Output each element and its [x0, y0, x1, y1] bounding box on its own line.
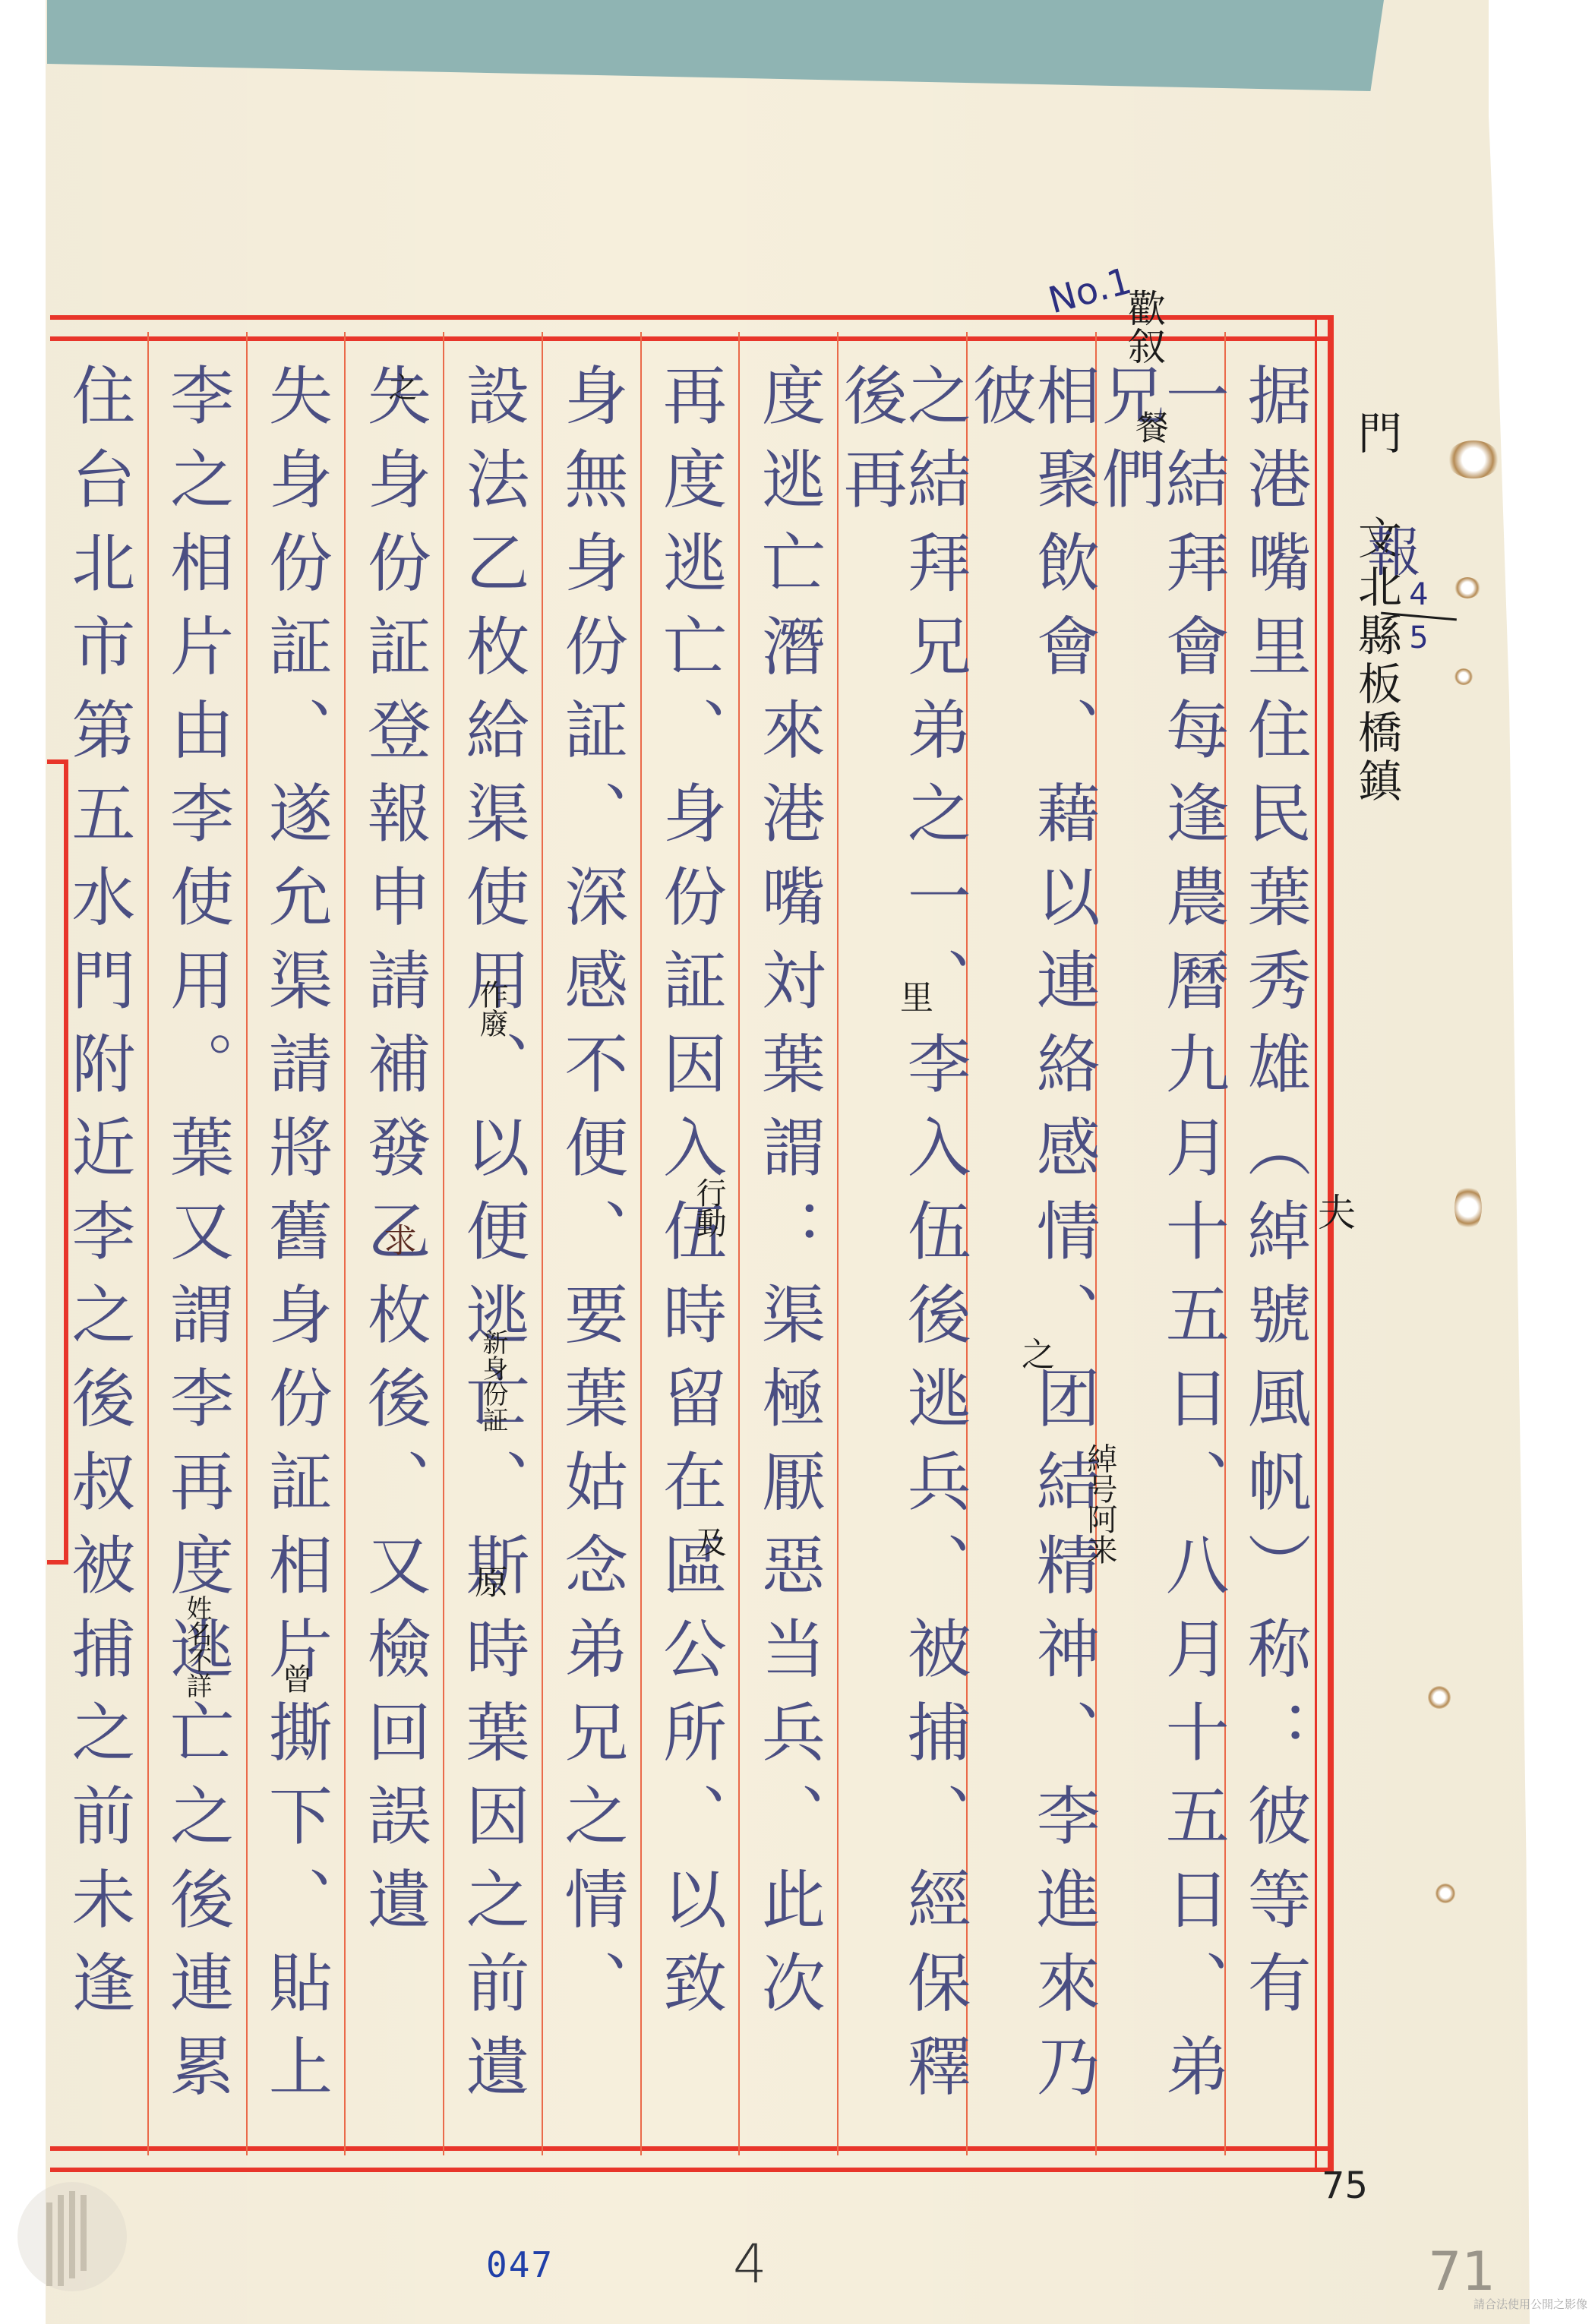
paper-damage [1454, 577, 1480, 598]
paper-damage [1454, 1185, 1482, 1230]
annotation-li: 里 [889, 980, 937, 1013]
paper-damage [1454, 668, 1473, 685]
text-column: 度逃亡潛來港嘴対葉謂：渠極厭惡当兵、此次 [738, 332, 837, 2155]
annotation-zhi: 之 [1010, 1337, 1059, 1370]
column-text: 身無身份証、深感不便、要葉姑念弟兄之情、 [560, 332, 624, 2155]
annotation-nickname: 綽号阿来 [1079, 1443, 1122, 1565]
annotation-name-unknown: 姓名不詳 [178, 1595, 216, 1698]
text-column: 相聚飲會、藉以連絡感情、团結精神、李進來乃彼 [966, 332, 1095, 2155]
page-number: 4 [733, 2233, 767, 2295]
column-text: 一結拜會每逢農曆九月十五日、八月十五日、弟兄們 [1097, 332, 1224, 2155]
margin-overwrite-character: 報 [1352, 524, 1429, 577]
annotation-ceng: 曾 [273, 1663, 317, 1694]
column-text: 再度逃亡、身份証因入伍時留在區公所、以致 [659, 332, 722, 2155]
text-column: 身無身份証、深感不便、要葉姑念弟兄之情、 [542, 332, 640, 2155]
text-columns: 据港嘴里住民葉秀雄（綽號風帆）称：彼等有 一結拜會每逢農曆九月十五日、八月十五日… [50, 332, 1323, 2155]
text-column: 失身份証、遂允渠請將舊身份証相片撕下、貼上 [246, 332, 345, 2155]
column-text: 設法乙枚給渠使用、以便逃亡、斯時葉因之前遺 [461, 332, 525, 2155]
text-column: 一結拜會每逢農曆九月十五日、八月十五日、弟兄們 [1095, 332, 1224, 2155]
margin-fraction: 4 5 [1381, 577, 1457, 655]
margin-number: 75 [1322, 2165, 1368, 2207]
paper-damage [1447, 440, 1500, 478]
fraction-numerator: 4 [1381, 577, 1457, 612]
annotation-huanxu: 歡叙 [1116, 289, 1171, 365]
text-column: 李之相片由李使用。葉又謂李再度逃亡之後連累 [147, 332, 246, 2155]
fraction-bar [1381, 612, 1457, 621]
column-text: 相聚飲會、藉以連絡感情、团結精神、李進來乃彼 [968, 332, 1095, 2155]
text-column: 住台北市第五水門附近李之後叔被捕之前未逢 [50, 332, 147, 2155]
annotation-qiu: 求 [372, 1223, 421, 1256]
usage-watermark: 請合法使用公開之影像 [1473, 2296, 1587, 2312]
manuscript-grid: 据港嘴里住民葉秀雄（綽號風帆）称：彼等有 一結拜會每逢農曆九月十五日、八月十五日… [50, 315, 1334, 2172]
annotation-ji: 及 [687, 1527, 731, 1557]
text-column: 据港嘴里住民葉秀雄（綽號風帆）称：彼等有 [1224, 332, 1323, 2155]
stamp-number: 047 [486, 2244, 554, 2285]
annotation-fu: 夫 [1306, 1192, 1361, 1230]
text-column: 之結拜兄弟之一、李入伍後逃兵、被捕、經保釋後再 [837, 332, 966, 2155]
column-text: 度逃亡潛來港嘴対葉謂：渠極厭惡当兵、此次 [756, 332, 820, 2155]
annotation-zhi-2: 之 [380, 372, 422, 401]
column-text: 住台北市第五水門附近李之後叔被捕之前未逢 [67, 332, 131, 2155]
annotation-yuan: 原 [463, 1565, 512, 1598]
column-text: 失身份証、遂允渠請將舊身份証相片撕下、貼上 [264, 332, 327, 2155]
column-text: 李之相片由李使用。葉又謂李再度逃亡之後連累 [166, 332, 229, 2155]
column-text: 之結拜兄弟之一、李入伍後逃兵、被捕、經保釋後再 [839, 332, 966, 2155]
paper-damage [1428, 1686, 1451, 1709]
text-column: 設法乙枚給渠使用、以便逃亡、斯時葉因之前遺 [443, 332, 542, 2155]
text-column: 再度逃亡、身份証因入伍時留在區公所、以致 [640, 332, 739, 2155]
annotation-zuofei: 作廢 [471, 980, 513, 1037]
archive-number: 71 [1428, 2240, 1496, 2303]
archive-logo-icon [15, 2172, 129, 2301]
torn-edge [1489, 0, 1557, 2324]
fraction-denominator: 5 [1381, 620, 1457, 655]
column-text: 据港嘴里住民葉秀雄（綽號風帆）称：彼等有 [1243, 332, 1306, 2155]
annotation-new-id: 新身份証 [475, 1329, 512, 1432]
annotation-can: 餐 [1124, 410, 1173, 444]
paper-damage [1435, 1884, 1455, 1903]
annotation-xingdong: 行動 [687, 1177, 731, 1238]
